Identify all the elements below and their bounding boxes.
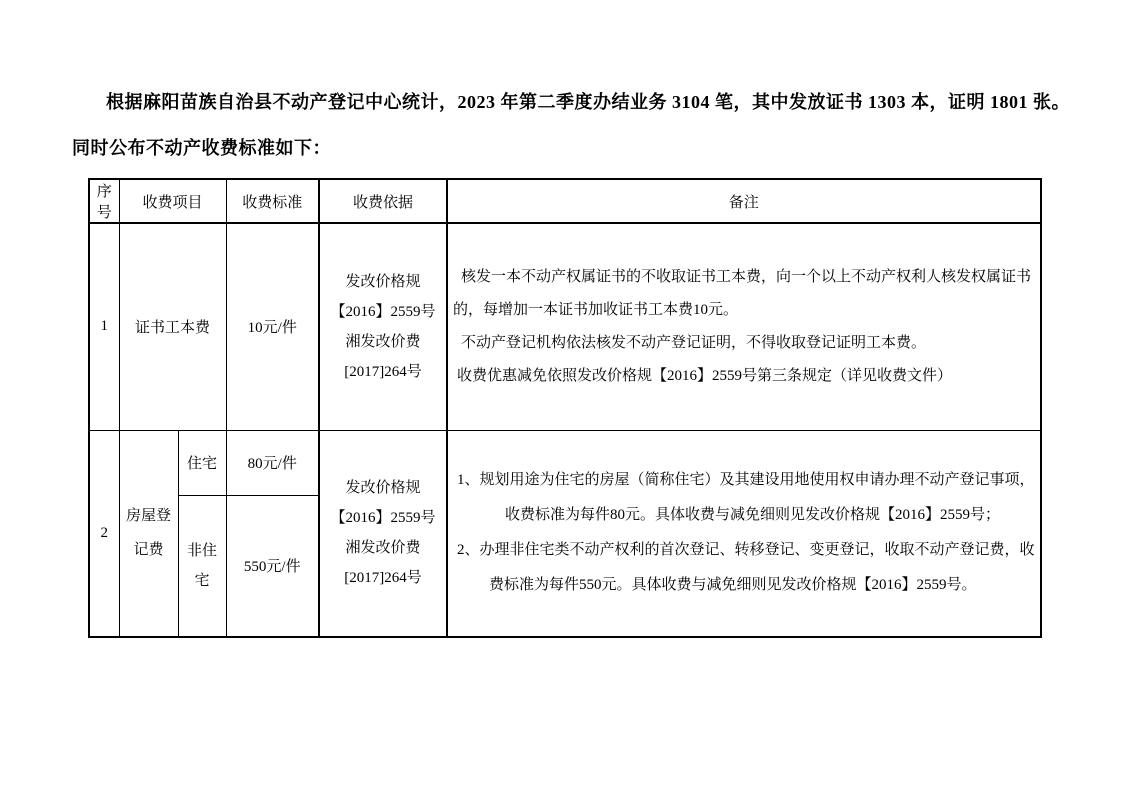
row2-sub2-label: 非住宅 [178,495,226,637]
document-page: 根据麻阳苗族自治县不动产登记中心统计，2023 年第二季度办结业务 3104 笔… [0,0,1122,793]
row1-remark: 核发一本不动产权属证书的不收取证书工本费，向一个以上不动产权利人核发权属证书 的… [447,223,1041,430]
row1-remark-line: 不动产登记机构依法核发不动产登记证明，不得收取登记证明工本费。 [453,327,1035,360]
row1-basis-line: 发改价格规 [320,267,446,297]
row2-item: 房屋登记费 [119,430,178,637]
row1-remark-line: 收费优惠减免依照发改价格规【2016】2559号第三条规定（详见收费文件） [453,360,1035,393]
row2-sub2-standard: 550元/件 [226,495,319,637]
row1-remark-line: 的，每增加一本证书加收证书工本费10元。 [453,294,1035,327]
row1-standard: 10元/件 [226,223,319,430]
row2-basis-line: [2017]264号 [320,563,446,593]
row1-item: 证书工本费 [119,223,226,430]
row2-item-label: 房屋登记费 [125,499,173,567]
row2-sub2-label-text: 非住宅 [185,536,219,596]
row1-basis: 发改价格规 【2016】2559号 湘发改价费 [2017]264号 [319,223,447,430]
row2-remark-line: 费标准为每件550元。具体收费与减免细则见发改价格规【2016】2559号。 [453,568,1035,603]
header-standard: 收费标准 [226,179,319,223]
fee-standard-table: 序号 收费项目 收费标准 收费依据 备注 1 证书工本费 10元/件 发改价格规… [88,178,1042,638]
intro-paragraph-line-2: 同时公布不动产收费标准如下： [72,134,331,160]
row2-basis-line: 发改价格规 [320,473,446,503]
table-row-2-residential: 2 房屋登记费 住宅 80元/件 发改价格规 【2016】2559号 湘发改价费… [89,430,1041,495]
row2-basis: 发改价格规 【2016】2559号 湘发改价费 [2017]264号 [319,430,447,637]
row2-basis-line: 湘发改价费 [320,533,446,563]
row2-seq: 2 [89,430,119,637]
row1-basis-line: 【2016】2559号 [320,297,446,327]
row1-basis-line: [2017]264号 [320,357,446,387]
row2-sub1-label: 住宅 [178,430,226,495]
row2-sub1-standard: 80元/件 [226,430,319,495]
row2-remark-line: 2、办理非住宅类不动产权利的首次登记、转移登记、变更登记，收取不动产登记费，收 [453,533,1035,568]
header-seq: 序号 [89,179,119,223]
row2-remark: 1、规划用途为住宅的房屋（简称住宅）及其建设用地使用权申请办理不动产登记事项， … [447,430,1041,637]
row1-seq: 1 [89,223,119,430]
row1-remark-line: 核发一本不动产权属证书的不收取证书工本费，向一个以上不动产权利人核发权属证书 [453,261,1035,294]
row2-remark-line: 收费标准为每件80元。具体收费与减免细则见发改价格规【2016】2559号； [453,498,1035,533]
row1-basis-line: 湘发改价费 [320,327,446,357]
table-header-row: 序号 收费项目 收费标准 收费依据 备注 [89,179,1041,223]
row2-remark-line: 1、规划用途为住宅的房屋（简称住宅）及其建设用地使用权申请办理不动产登记事项， [453,463,1035,498]
intro-paragraph-line-1: 根据麻阳苗族自治县不动产登记中心统计，2023 年第二季度办结业务 3104 笔… [106,88,1070,114]
header-basis: 收费依据 [319,179,447,223]
header-remark: 备注 [447,179,1041,223]
row2-basis-line: 【2016】2559号 [320,503,446,533]
header-item: 收费项目 [119,179,226,223]
table-row-1: 1 证书工本费 10元/件 发改价格规 【2016】2559号 湘发改价费 [2… [89,223,1041,430]
